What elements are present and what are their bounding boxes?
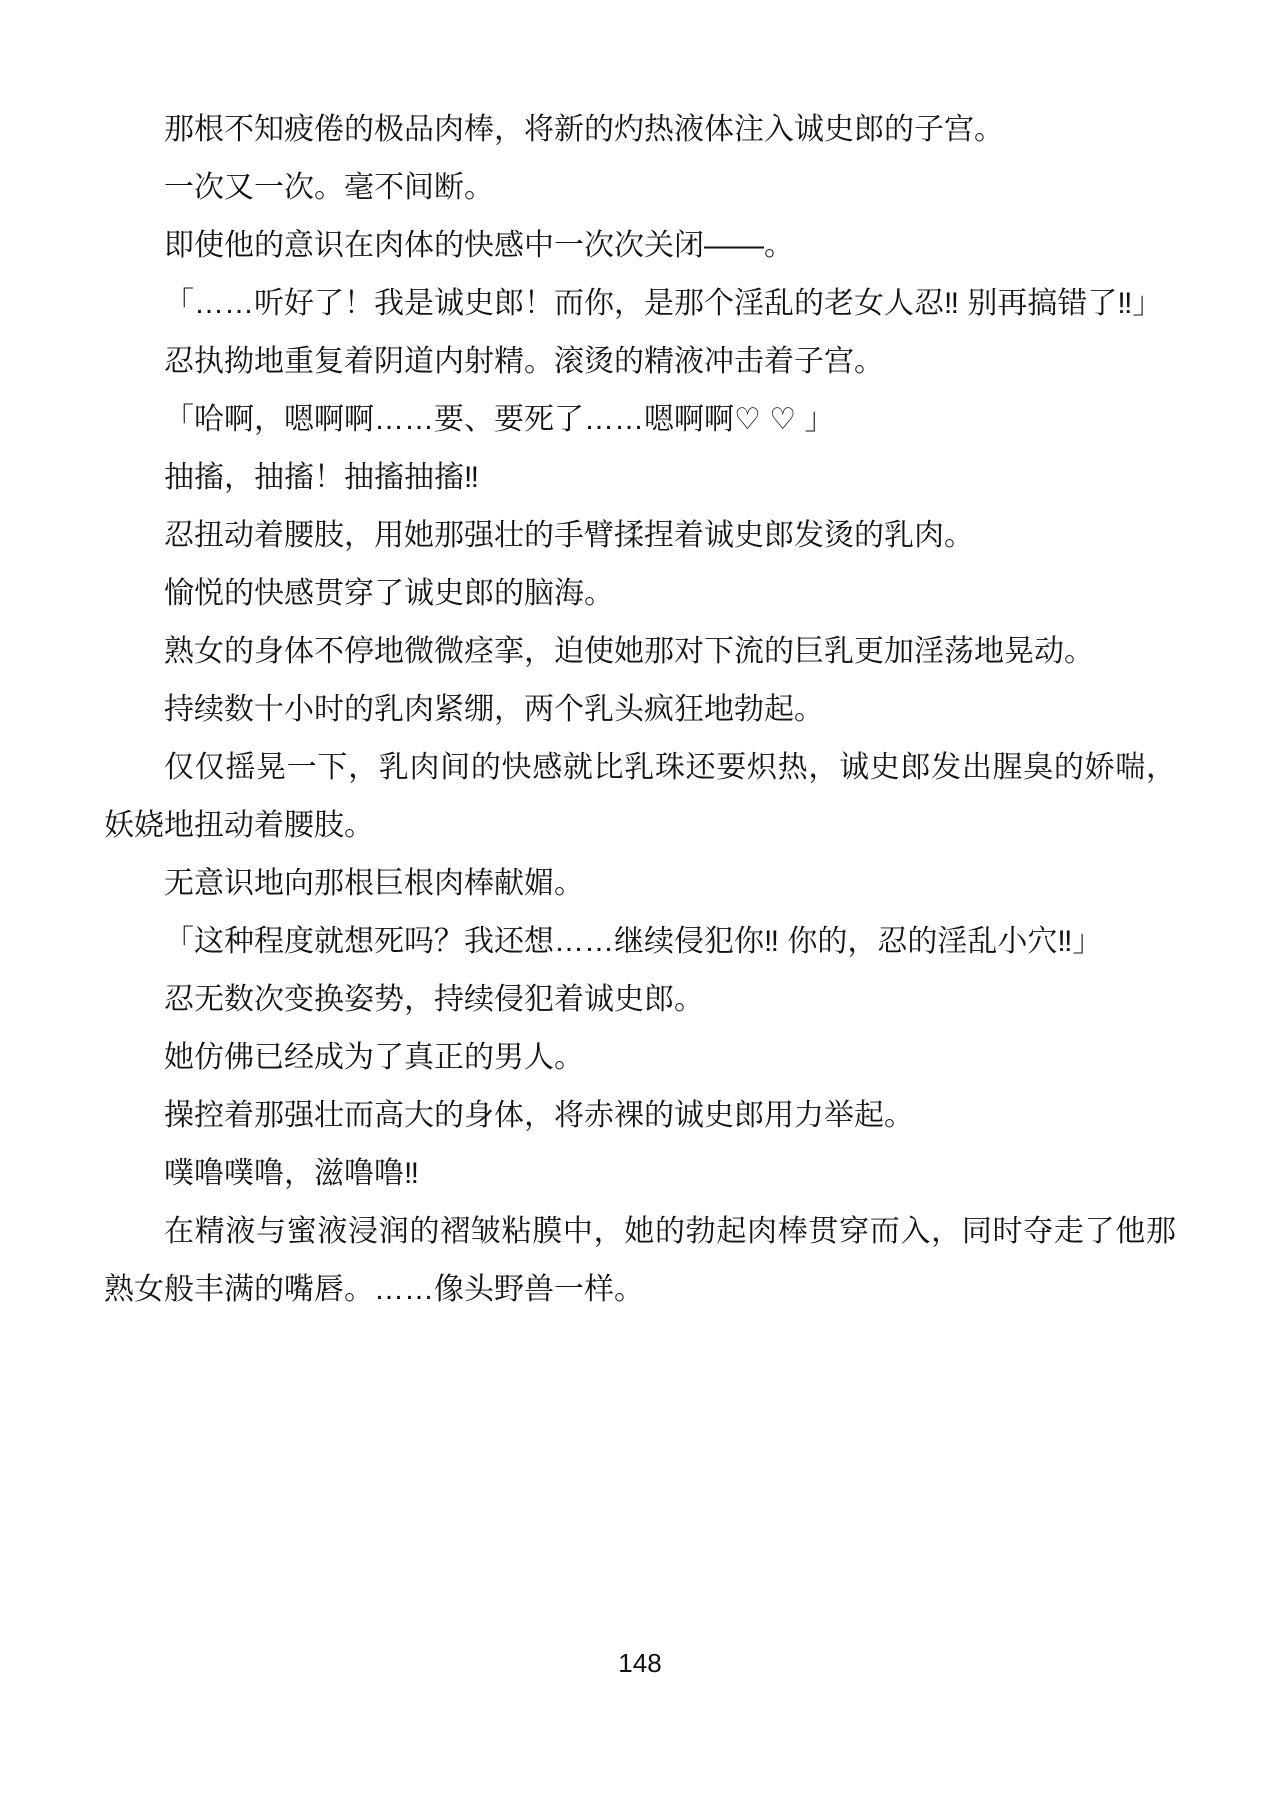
paragraph: 「这种程度就想死吗？我还想……继续侵犯你‼ 你的，忍的淫乱小穴‼」 [104,913,1176,971]
page-number: 148 [0,1645,1280,1681]
body-text-block: 那根不知疲倦的极品肉棒，将新的灼热液体注入诚史郎的子宫。一次又一次。毫不间断。即… [104,101,1176,1319]
paragraph: 在精液与蜜液浸润的褶皱粘膜中，她的勃起肉棒贯穿而入，同时夺走了他那熟女般丰满的嘴… [104,1203,1176,1319]
paragraph: 操控着那强壮而高大的身体，将赤裸的诚史郎用力举起。 [104,1087,1176,1145]
paragraph: 抽搐，抽搐！抽搐抽搐‼ [104,449,1176,507]
paragraph: 无意识地向那根巨根肉棒献媚。 [104,855,1176,913]
paragraph: 忍扭动着腰肢，用她那强壮的手臂揉捏着诚史郎发烫的乳肉。 [104,507,1176,565]
paragraph: 「……听好了！我是诚史郎！而你，是那个淫乱的老女人忍‼ 别再搞错了‼」 [104,275,1176,333]
paragraph: 熟女的身体不停地微微痉挛，迫使她那对下流的巨乳更加淫荡地晃动。 [104,623,1176,681]
paragraph: 持续数十小时的乳肉紧绷，两个乳头疯狂地勃起。 [104,681,1176,739]
paragraph: 愉悦的快感贯穿了诚史郎的脑海。 [104,565,1176,623]
paragraph: 「哈啊，嗯啊啊……要、要死了……嗯啊啊♡ ♡ 」 [104,391,1176,449]
paragraph: 她仿佛已经成为了真正的男人。 [104,1029,1176,1087]
novel-page: 那根不知疲倦的极品肉棒，将新的灼热液体注入诚史郎的子宫。一次又一次。毫不间断。即… [0,0,1280,1810]
paragraph: 即使他的意识在肉体的快感中一次次关闭——。 [104,217,1176,275]
paragraph: 忍执拗地重复着阴道内射精。滚烫的精液冲击着子宫。 [104,333,1176,391]
paragraph: 仅仅摇晃一下，乳肉间的快感就比乳珠还要炽热，诚史郎发出腥臭的娇喘，妖娆地扭动着腰… [104,739,1176,855]
paragraph: 那根不知疲倦的极品肉棒，将新的灼热液体注入诚史郎的子宫。 [104,101,1176,159]
paragraph: 一次又一次。毫不间断。 [104,159,1176,217]
paragraph: 忍无数次变换姿势，持续侵犯着诚史郎。 [104,971,1176,1029]
paragraph: 噗噜噗噜，滋噜噜‼ [104,1145,1176,1203]
